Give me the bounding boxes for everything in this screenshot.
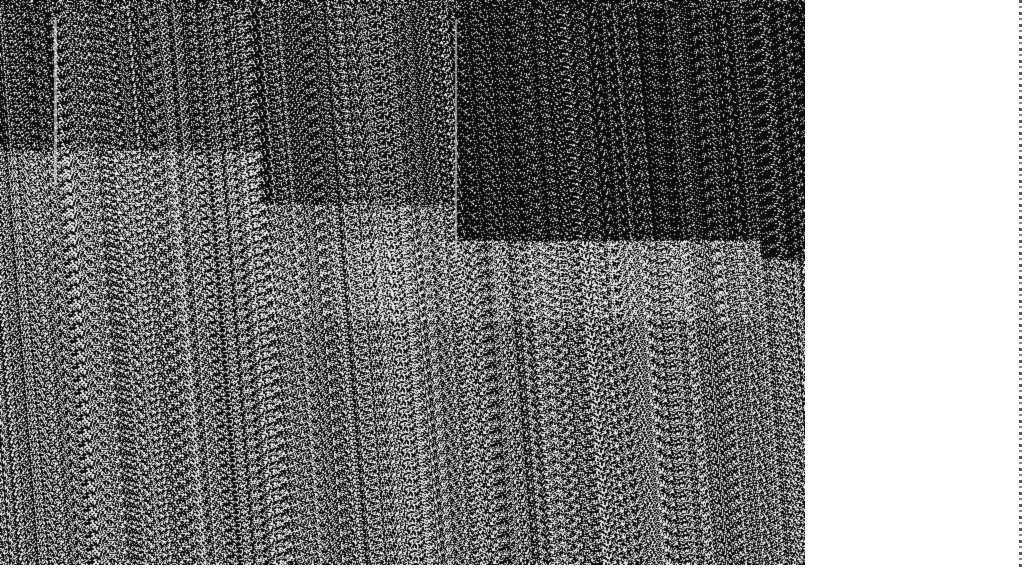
- right-margin: [805, 0, 1024, 569]
- dithered-scan-image: [0, 0, 805, 565]
- edge-text-strip: [1019, 0, 1022, 569]
- bottom-margin: [0, 565, 805, 569]
